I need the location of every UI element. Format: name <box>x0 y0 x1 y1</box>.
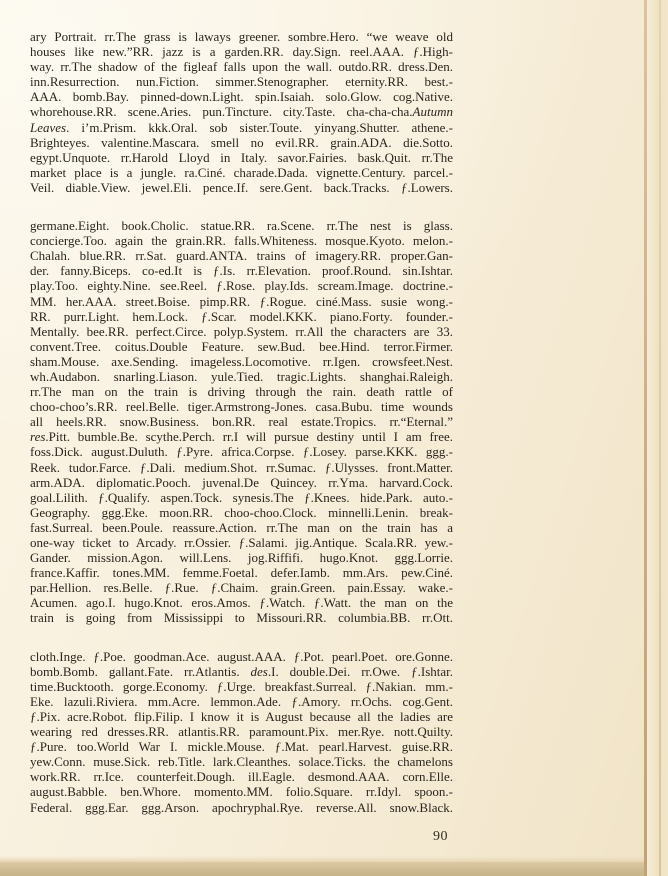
text-line: time.Bucktooth. gorge.Economy. ƒ.Urge. b… <box>30 679 453 694</box>
text-line: goal.Lilith. ƒ.Qualify. aspen.Tock. syne… <box>30 490 453 505</box>
text-segment: . i’m.Prism. kkk.Oral. sob sister.Toute.… <box>66 120 453 135</box>
text-line: all heels.RR. snow.Business. bon.RR. rea… <box>30 414 453 429</box>
text-segment: play.Too. eighty.Nine. see.Reel. ƒ.Rose.… <box>30 278 453 293</box>
text-line: concierge.Too. again the grain.RR. falls… <box>30 233 453 248</box>
text-line: Veil. diable.View. jewel.Eli. pence.If. … <box>30 180 453 195</box>
text-line: france.Kaffir. tones.MM. femme.Foetal. d… <box>30 565 453 580</box>
text-line: wearing red dresses.RR. atlantis.RR. par… <box>30 724 453 739</box>
text-line: choo-choo’s.RR. reel.Belle. tiger.Armstr… <box>30 399 453 414</box>
text-segment: RR. purr.Light. hem.Lock. ƒ.Scar. model.… <box>30 309 453 324</box>
text-line: MM. her.AAA. street.Boise. pimp.RR. ƒ.Ro… <box>30 294 453 309</box>
text-segment: houses like new.”RR. jazz is a garden.RR… <box>30 44 453 59</box>
text-segment: Chalah. blue.RR. rr.Sat. guard.ANTA. tra… <box>30 248 453 263</box>
text-line: Gander. mission.Agon. will.Lens. jog.Rif… <box>30 550 453 565</box>
text-line: der. fanny.Biceps. co-ed.It is ƒ.Is. rr.… <box>30 263 453 278</box>
text-segment: market place is a jungle. ra.Ciné. chara… <box>30 165 453 180</box>
text-line: whorehouse.RR. scene.Aries. pun.Tincture… <box>30 104 453 119</box>
text-segment: MM. her.AAA. street.Boise. pimp.RR. ƒ.Ro… <box>30 294 453 309</box>
text-segment: foss.Dick. august.Duluth. ƒ.Pyre. africa… <box>30 444 453 459</box>
text-segment: bomb.Bomb. gallant.Fate. rr.Atlantis. <box>30 664 251 679</box>
text-segment: work.RR. rr.Ice. counterfeit.Dough. ill.… <box>30 769 453 784</box>
text-segment: wearing red dresses.RR. atlantis.RR. par… <box>30 724 453 739</box>
text-line: ƒ.Pix. acre.Robot. flip.Filip. I know it… <box>30 709 453 724</box>
text-line: wh.Audabon. snarling.Liason. yule.Tied. … <box>30 369 453 384</box>
text-segment: Federal. ggg.Ear. ggg.Arson. apochryphal… <box>30 800 453 815</box>
text-segment: cloth.Inge. ƒ.Poe. goodman.Ace. august.A… <box>30 649 453 664</box>
text-line: play.Too. eighty.Nine. see.Reel. ƒ.Rose.… <box>30 278 453 293</box>
text-line: ƒ.Pure. too.World War I. mickle.Mouse. ƒ… <box>30 739 453 754</box>
text-segment: fast.Surreal. been.Poule. reassure.Actio… <box>30 520 453 535</box>
text-line: AAA. bomb.Bay. pinned-down.Light. spin.I… <box>30 89 453 104</box>
text-line: way. rr.The shadow of the figleaf falls … <box>30 59 453 74</box>
book-page: ary Portrait. rr.The grass is laways gre… <box>0 0 668 876</box>
text-line: convent.Tree. coitus.Double Feature. sew… <box>30 339 453 354</box>
text-segment: inn.Resurrection. nun.Fiction. simmer.St… <box>30 74 453 89</box>
text-segment: ƒ.Pix. acre.Robot. flip.Filip. I know it… <box>30 709 453 724</box>
text-segment: arm.ADA. diplomatic.Pooch. juvenal.De Qu… <box>30 475 453 490</box>
text-segment: germane.Eight. book.Cholic. statue.RR. r… <box>30 218 453 233</box>
text-line: Acumen. ago.I. hugo.Knot. eros.Amos. ƒ.W… <box>30 595 453 610</box>
text-segment: france.Kaffir. tones.MM. femme.Foetal. d… <box>30 565 453 580</box>
text-line: work.RR. rr.Ice. counterfeit.Dough. ill.… <box>30 769 453 784</box>
text-line: Reek. tudor.Farce. ƒ.Dali. medium.Shot. … <box>30 460 453 475</box>
text-line: fast.Surreal. been.Poule. reassure.Actio… <box>30 520 453 535</box>
paragraph-3: cloth.Inge. ƒ.Poe. goodman.Ace. august.A… <box>30 649 453 815</box>
text-line: RR. purr.Light. hem.Lock. ƒ.Scar. model.… <box>30 309 453 324</box>
text-segment: ary Portrait. rr.The grass is laways gre… <box>30 29 453 44</box>
text-segment: rr.The man on the train is driving throu… <box>30 384 453 399</box>
text-line: train is going from Mississippi to Misso… <box>30 610 453 625</box>
text-segment: Mentally. bee.RR. perfect.Circe. polyp.S… <box>30 324 453 339</box>
text-segment: yew.Conn. muse.Sick. reb.Title. lark.Cle… <box>30 754 453 769</box>
text-segment: whorehouse.RR. scene.Aries. pun.Tincture… <box>30 104 413 119</box>
text-line: res.Pitt. bumble.Be. scythe.Perch. rr.I … <box>30 429 453 444</box>
text-line: Brighteyes. valentine.Mascara. smell no … <box>30 135 453 150</box>
text-line: ary Portrait. rr.The grass is laways gre… <box>30 29 453 44</box>
text-segment: .I. double.Dei. rr.Owe. ƒ.Ishtar. <box>268 664 453 679</box>
text-segment: wh.Audabon. snarling.Liason. yule.Tied. … <box>30 369 453 384</box>
text-line: bomb.Bomb. gallant.Fate. rr.Atlantis. de… <box>30 664 453 679</box>
bottom-page-edge <box>0 862 668 876</box>
text-line: Mentally. bee.RR. perfect.Circe. polyp.S… <box>30 324 453 339</box>
text-line: Federal. ggg.Ear. ggg.Arson. apochryphal… <box>30 800 453 815</box>
text-line: Chalah. blue.RR. rr.Sat. guard.ANTA. tra… <box>30 248 453 263</box>
text-line: inn.Resurrection. nun.Fiction. simmer.St… <box>30 74 453 89</box>
text-segment: Veil. diable.View. jewel.Eli. pence.If. … <box>30 180 453 195</box>
page-number: 90 <box>30 829 448 845</box>
text-segment: Gander. mission.Agon. will.Lens. jog.Rif… <box>30 550 453 565</box>
text-segment: egypt.Unquote. rr.Harold Lloyd in Italy.… <box>30 150 453 165</box>
text-segment: all heels.RR. snow.Business. bon.RR. rea… <box>30 414 453 429</box>
text-line: par.Hellion. res.Belle. ƒ.Rue. ƒ.Chaim. … <box>30 580 453 595</box>
text-line: sham.Mouse. axe.Sending. imageless.Locom… <box>30 354 453 369</box>
text-segment: Eke. lazuli.Riviera. mm.Acre. lemmon.Ade… <box>30 694 453 709</box>
text-segment: goal.Lilith. ƒ.Qualify. aspen.Tock. syne… <box>30 490 453 505</box>
text-segment: one-way ticket to Arcady. rr.Ossier. ƒ.S… <box>30 535 453 550</box>
text-segment: Geography. ggg.Eke. moon.RR. choo-choo.C… <box>30 505 453 520</box>
text-line: arm.ADA. diplomatic.Pooch. juvenal.De Qu… <box>30 475 453 490</box>
paragraph-1: ary Portrait. rr.The grass is laways gre… <box>30 29 453 195</box>
text-line: Geography. ggg.Eke. moon.RR. choo-choo.C… <box>30 505 453 520</box>
text-segment: august.Babble. ben.Whore. momento.MM. fo… <box>30 784 453 799</box>
text-line: foss.Dick. august.Duluth. ƒ.Pyre. africa… <box>30 444 453 459</box>
text-line: august.Babble. ben.Whore. momento.MM. fo… <box>30 784 453 799</box>
text-segment: par.Hellion. res.Belle. ƒ.Rue. ƒ.Chaim. … <box>30 580 453 595</box>
text-block: ary Portrait. rr.The grass is laways gre… <box>30 29 453 815</box>
text-line: egypt.Unquote. rr.Harold Lloyd in Italy.… <box>30 150 453 165</box>
right-page-edge-strip <box>647 0 668 876</box>
text-segment: sham.Mouse. axe.Sending. imageless.Locom… <box>30 354 453 369</box>
text-line: germane.Eight. book.Cholic. statue.RR. r… <box>30 218 453 233</box>
text-line: Eke. lazuli.Riviera. mm.Acre. lemmon.Ade… <box>30 694 453 709</box>
text-line: houses like new.”RR. jazz is a garden.RR… <box>30 44 453 59</box>
text-segment: concierge.Too. again the grain.RR. falls… <box>30 233 453 248</box>
text-segment: der. fanny.Biceps. co-ed.It is ƒ.Is. rr.… <box>30 263 453 278</box>
text-segment: AAA. bomb.Bay. pinned-down.Light. spin.I… <box>30 89 453 104</box>
text-segment: time.Bucktooth. gorge.Economy. ƒ.Urge. b… <box>30 679 453 694</box>
text-line: one-way ticket to Arcady. rr.Ossier. ƒ.S… <box>30 535 453 550</box>
text-segment: way. rr.The shadow of the figleaf falls … <box>30 59 453 74</box>
text-line: Leaves. i’m.Prism. kkk.Oral. sob sister.… <box>30 120 453 135</box>
text-segment: train is going from Mississippi to Misso… <box>30 610 453 625</box>
text-segment: Acumen. ago.I. hugo.Knot. eros.Amos. ƒ.W… <box>30 595 453 610</box>
text-segment: convent.Tree. coitus.Double Feature. sew… <box>30 339 453 354</box>
right-page-edge-line-2 <box>659 0 661 876</box>
paragraph-2: germane.Eight. book.Cholic. statue.RR. r… <box>30 218 453 626</box>
italic-text-segment: des <box>251 664 268 679</box>
text-line: cloth.Inge. ƒ.Poe. goodman.Ace. august.A… <box>30 649 453 664</box>
text-segment: Brighteyes. valentine.Mascara. smell no … <box>30 135 453 150</box>
text-segment: .Pitt. bumble.Be. scythe.Perch. rr.I wil… <box>45 429 453 444</box>
text-segment: choo-choo’s.RR. reel.Belle. tiger.Armstr… <box>30 399 453 414</box>
italic-text-segment: res <box>30 429 45 444</box>
italic-text-segment: Autumn <box>413 104 453 119</box>
italic-text-segment: Leaves <box>30 120 66 135</box>
text-line: market place is a jungle. ra.Ciné. chara… <box>30 165 453 180</box>
text-line: rr.The man on the train is driving throu… <box>30 384 453 399</box>
text-segment: Reek. tudor.Farce. ƒ.Dali. medium.Shot. … <box>30 460 453 475</box>
text-line: yew.Conn. muse.Sick. reb.Title. lark.Cle… <box>30 754 453 769</box>
text-segment: ƒ.Pure. too.World War I. mickle.Mouse. ƒ… <box>30 739 453 754</box>
